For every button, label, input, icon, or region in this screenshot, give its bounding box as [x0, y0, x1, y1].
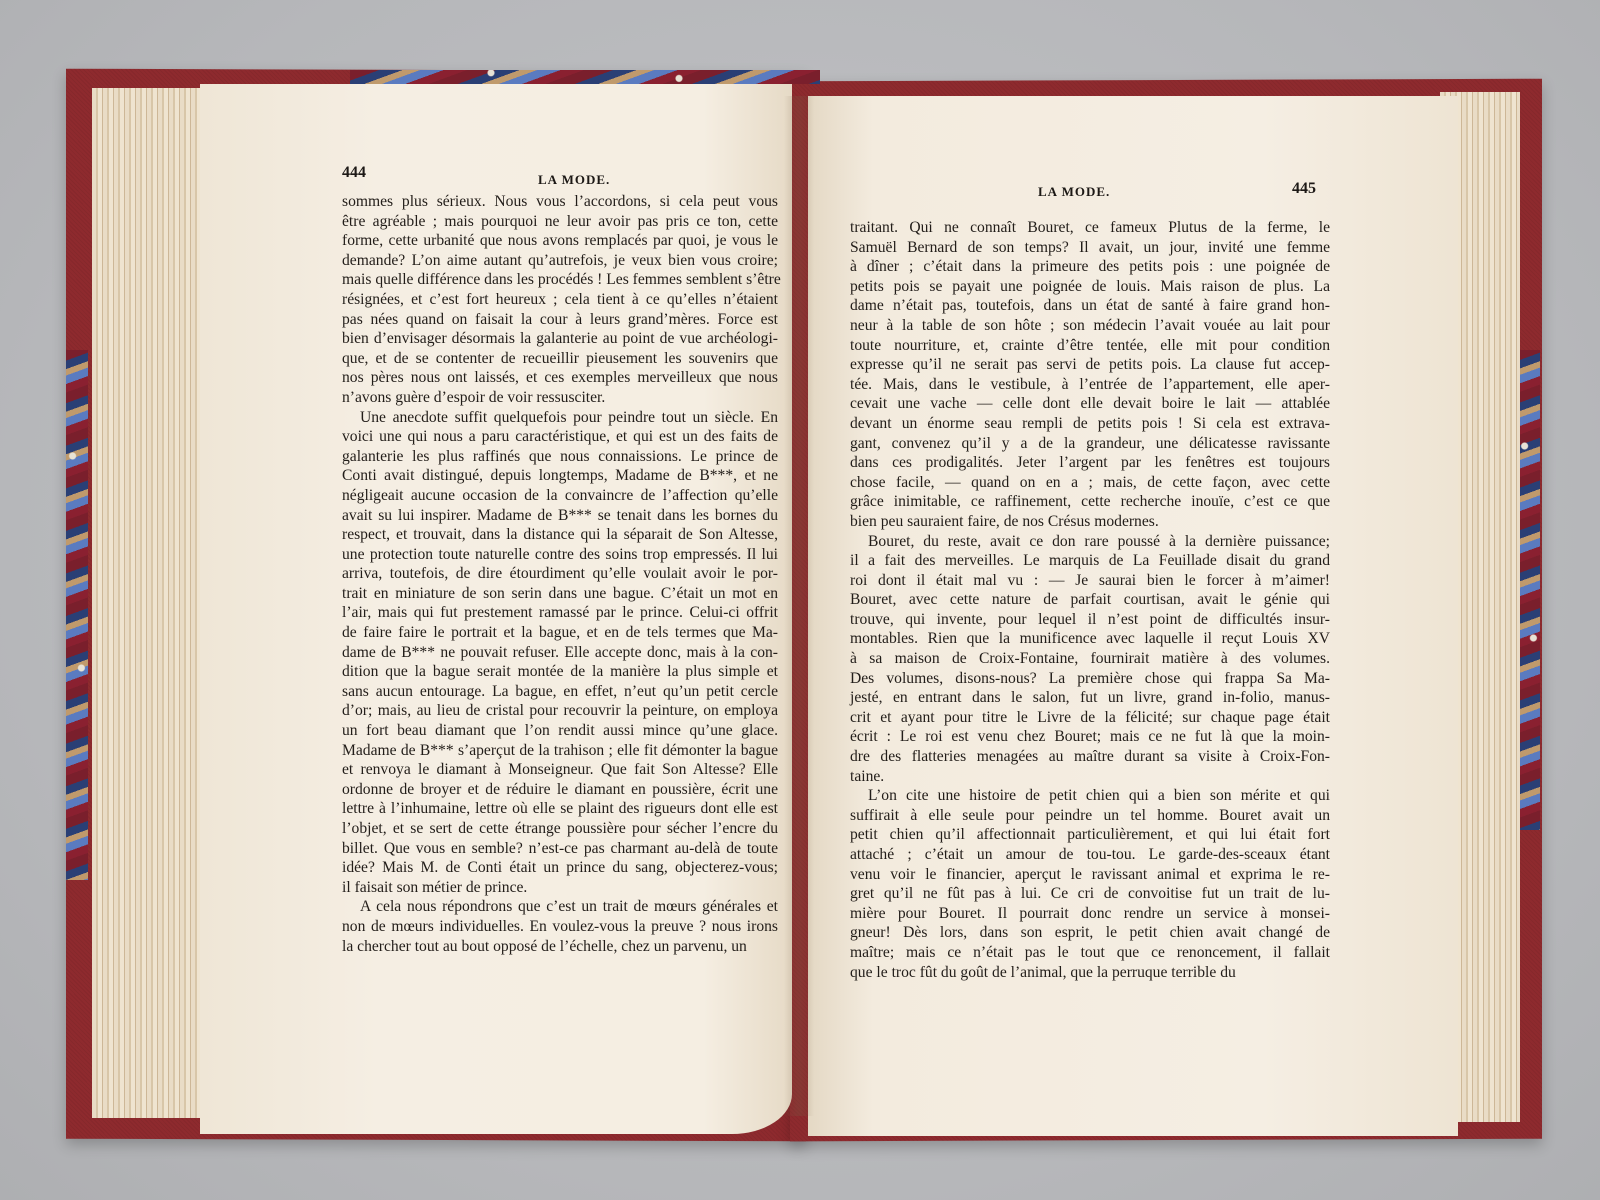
text-line: expresse qu’il ne serait pas servi de pe… [850, 355, 1330, 375]
text-line: être agréable ; mais pourquoi ne leur av… [342, 212, 778, 232]
text-line: avait su lui inspirer. Madame de B*** se… [342, 506, 778, 526]
text-line: sans aucun entourage. La bague, en effet… [342, 682, 778, 702]
text-line: montables. Rien que la munificence avec … [850, 629, 1330, 649]
page-edges-left [92, 88, 204, 1118]
book-gutter [784, 96, 814, 1116]
text-line: écrit : Le roi est venu chez Bouret; mai… [850, 727, 1330, 747]
text-line: mais quelle différence dans les procédés… [342, 270, 778, 290]
text-line: dame de B*** ne pouvait refuser. Elle ac… [342, 643, 778, 663]
text-line: à sa maison de Croix-Fontaine, fournirai… [850, 649, 1330, 669]
text-line: petit chien qu’il affectionnait particul… [850, 825, 1330, 845]
text-line: Une anecdote suffit quelquefois pour pei… [342, 408, 778, 428]
text-line: devant un énorme seau rempli de petits p… [850, 414, 1330, 434]
text-line: à dîner ; c’était dans la primeure des p… [850, 257, 1330, 277]
running-head: LA MODE. [1038, 184, 1110, 200]
text-line: trait en miniature de son serin dans une… [342, 584, 778, 604]
marbled-endpaper-right [1518, 350, 1540, 830]
text-line: lettre à l’inhumaine, lettre où elle se … [342, 799, 778, 819]
text-line: il a fait des merveilles. Le marquis de … [850, 551, 1330, 571]
text-line: que, et de se contenter de recueillir pi… [342, 349, 778, 369]
page-number: 445 [1292, 180, 1316, 198]
text-line: que le troc fût du goût de l’animal, que… [850, 963, 1330, 983]
text-line: pas nées quand on faisait la cour à leur… [342, 310, 778, 330]
text-line: Bouret, du reste, avait ce don rare pous… [850, 532, 1330, 552]
text-line: gneur! Dès lors, dans son esprit, le pet… [850, 923, 1330, 943]
text-line: sommes plus sérieux. Nous vous l’accordo… [342, 192, 778, 212]
text-line: nos pères nous ont laissés, et ces exemp… [342, 368, 778, 388]
text-line: la chercher tout au bout opposé de l’éch… [342, 937, 778, 957]
marbled-endpaper-left [66, 350, 88, 880]
text-line: d’or; mais, au lieu de cristal pour reco… [342, 701, 778, 721]
text-line: cevait une vache — celle dont elle devai… [850, 394, 1330, 414]
text-line: mière pour Bouret. Il pourrait donc rend… [850, 904, 1330, 924]
text-line: trouve, qui invente, pour lequel il n’es… [850, 610, 1330, 630]
text-line: Des volumes, disons-nous? La première ch… [850, 669, 1330, 689]
text-line: crit et ayant pour titre le Livre de la … [850, 708, 1330, 728]
text-line: grâce inimitable, ce raffinement, cette … [850, 492, 1330, 512]
page-number: 444 [342, 164, 366, 182]
text-line: toute nourriture, et, crainte d’être ten… [850, 336, 1330, 356]
text-line: gant, convenez qu’il y a de la grandeur,… [850, 434, 1330, 454]
text-line: chose facile, — quand on en a ; mais, de… [850, 473, 1330, 493]
text-line: gret qu’il ne fût pas à lui. Ce cri de c… [850, 884, 1330, 904]
text-line: n’avons guère d’espoir de voir ressuscit… [342, 388, 778, 408]
page-text: sommes plus sérieux. Nous vous l’accordo… [342, 192, 778, 956]
text-line: petits pois se payait une poignée de lou… [850, 277, 1330, 297]
marbled-endpaper-top [350, 70, 820, 84]
text-line: l’air, mais qui fut prestement ramassé p… [342, 603, 778, 623]
text-line: dre des flatteries menagées au maître du… [850, 747, 1330, 767]
text-line: une protection toute naturelle contre de… [342, 545, 778, 565]
text-line: dition que la bague serait montée de la … [342, 662, 778, 682]
running-head: LA MODE. [538, 172, 610, 188]
text-line: billet. Que vous en semble? n’est-ce pas… [342, 839, 778, 859]
text-line: demande? L’on aime autant qu’autrefois, … [342, 251, 778, 271]
text-line: ordonne de broyer et de réduire le diama… [342, 780, 778, 800]
text-line: Bouret, avec cette nature de parfait cou… [850, 590, 1330, 610]
text-line: Madame de B*** s’aperçut de la trahison … [342, 741, 778, 761]
text-line: dame n’était pas, toutefois, dans un éta… [850, 296, 1330, 316]
text-line: il faisait son métier de prince. [342, 878, 778, 898]
text-line: attaché ; c’était un amour de tou-tou. L… [850, 845, 1330, 865]
text-line: venu voir le financier, aperçut le ravis… [850, 865, 1330, 885]
text-line: traitant. Qui ne connaît Bouret, ce fame… [850, 218, 1330, 238]
text-line: A cela nous répondrons que c’est un trai… [342, 897, 778, 917]
left-page: 444 LA MODE. sommes plus sérieux. Nous v… [200, 84, 792, 1134]
text-line: roi dont il était mal vu : — Je saurai b… [850, 571, 1330, 591]
text-line: galanterie les plus raffinés que nous co… [342, 447, 778, 467]
text-line: bien d’envisager désormais la galanterie… [342, 329, 778, 349]
text-line: tée. Mais, dans le vestibule, à l’entrée… [850, 375, 1330, 395]
text-line: maître; mais ce n’était pas le tout que … [850, 943, 1330, 963]
text-line: arriva, toutefois, de dire étourdiment q… [342, 564, 778, 584]
text-line: forme, cette urbanité que nous avons rem… [342, 231, 778, 251]
text-line: non de mœurs individuelles. En voulez-vo… [342, 917, 778, 937]
text-line: voici une qui nous a paru caractéristiqu… [342, 427, 778, 447]
right-page: LA MODE. 445 traitant. Qui ne connaît Bo… [808, 96, 1458, 1136]
text-line: résignées, et c’est fort heureux ; cela … [342, 290, 778, 310]
text-line: suffirait à elle seule pour peindre un t… [850, 806, 1330, 826]
text-line: et renvoya le diamant à Monseigneur. Que… [342, 760, 778, 780]
text-line: L’on cite une histoire de petit chien qu… [850, 786, 1330, 806]
text-line: taine. [850, 767, 1330, 787]
text-line: neur à la table de son hôte ; son médeci… [850, 316, 1330, 336]
text-line: bien peu sauraient faire, de nos Crésus … [850, 512, 1330, 532]
text-line: Conti avait distingué, depuis longtemps,… [342, 466, 778, 486]
text-line: de faire faire le portrait et la bague, … [342, 623, 778, 643]
text-line: idée? Mais M. de Conti était un prince d… [342, 858, 778, 878]
text-line: respect, et trouvait, dans la distance q… [342, 525, 778, 545]
text-line: un fort beau diamant que l’on rendit aus… [342, 721, 778, 741]
text-line: jesté, en entrant dans le salon, fut un … [850, 688, 1330, 708]
page-text: traitant. Qui ne connaît Bouret, ce fame… [850, 218, 1330, 982]
text-line: Samuël Bernard de son temps? Il avait, u… [850, 238, 1330, 258]
text-line: l’objet, et se sert de cette étrange pou… [342, 819, 778, 839]
text-line: négligeait aucune occasion de la convain… [342, 486, 778, 506]
text-line: dans ces prodigalités. Jeter l’argent pa… [850, 453, 1330, 473]
